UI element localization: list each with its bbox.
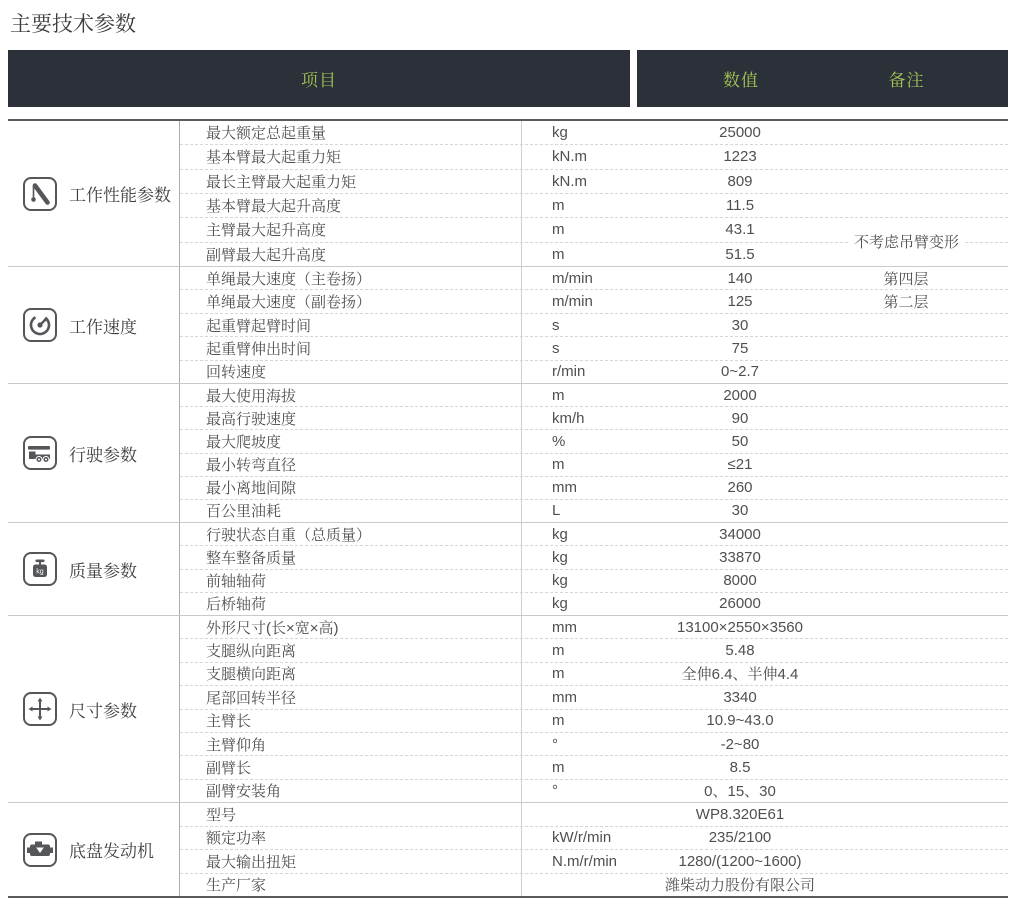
section-2: 行驶参数最大使用海拔m2000最高行驶速度km/h90最大爬坡度%50最小转弯直…	[8, 383, 1008, 522]
unit-cell: m	[522, 221, 636, 238]
table-row: 支腿纵向距离m5.48	[180, 638, 1008, 661]
table-row: 副臂安装角°0、15、30	[180, 779, 1008, 802]
table-row: 最大输出扭矩N.m/r/min1280/(1200~1600)	[180, 849, 1008, 873]
value-cell: 51.5	[636, 246, 844, 263]
table-row: 最小离地间隙mm260	[180, 476, 1008, 499]
unit-cell: kg	[522, 526, 636, 543]
item-cell: 外形尺寸(长×宽×高)	[180, 616, 522, 638]
item-cell: 行驶状态自重（总质量）	[180, 523, 522, 545]
item-cell: 额定功率	[180, 827, 522, 850]
unit-cell: kg	[522, 549, 636, 566]
unit-cell: kN.m	[522, 148, 636, 165]
item-cell: 副臂最大起升高度	[180, 243, 522, 266]
item-cell: 单绳最大速度（副卷扬）	[180, 290, 522, 312]
unit-cell: °	[522, 782, 636, 799]
table-row: 回转速度r/min0~2.7	[180, 360, 1008, 383]
value-cell: 43.1	[636, 221, 844, 238]
table-row: 单绳最大速度（主卷扬）m/min140第四层	[180, 267, 1008, 289]
rows-group: 行驶状态自重（总质量）kg34000整车整备质量kg33870前轴轴荷kg800…	[180, 523, 1008, 615]
unit-cell: km/h	[522, 410, 636, 427]
unit-cell: m	[522, 197, 636, 214]
value-cell: 809	[636, 173, 844, 190]
item-cell: 起重臂伸出时间	[180, 337, 522, 359]
value-cell: 34000	[636, 526, 844, 543]
header-remark-label: 备注	[889, 71, 925, 90]
unit-cell: s	[522, 340, 636, 357]
crane-boom-icon	[22, 176, 58, 212]
section-3: kg质量参数行驶状态自重（总质量）kg34000整车整备质量kg33870前轴轴…	[8, 522, 1008, 615]
value-cell: 260	[636, 479, 844, 496]
unit-cell: °	[522, 736, 636, 753]
value-cell: 25000	[636, 124, 844, 141]
category-cell: 工作速度	[8, 267, 180, 383]
value-cell: 1280/(1200~1600)	[636, 853, 844, 870]
value-cell: 全伸6.4、半伸4.4	[636, 663, 844, 684]
rows-group: 单绳最大速度（主卷扬）m/min140第四层单绳最大速度（副卷扬）m/min12…	[180, 267, 1008, 383]
value-cell: 33870	[636, 549, 844, 566]
value-cell: 0~2.7	[636, 363, 844, 380]
value-cell: 90	[636, 410, 844, 427]
item-cell: 支腿纵向距离	[180, 639, 522, 661]
value-cell: 11.5	[636, 197, 844, 214]
unit-cell: mm	[522, 619, 636, 636]
table-row: 额定功率kW/r/min235/2100	[180, 826, 1008, 850]
value-cell: 13100×2550×3560	[636, 619, 844, 636]
value-cell: 5.48	[636, 642, 844, 659]
table-row: 主臂长m10.9~43.0	[180, 709, 1008, 732]
table-row: 最大使用海拔m2000	[180, 384, 1008, 406]
item-cell: 型号	[180, 803, 522, 826]
category-cell: 行驶参数	[8, 384, 180, 522]
item-cell: 最高行驶速度	[180, 407, 522, 429]
remark-cell: 第四层	[844, 268, 1008, 289]
header-value-label: 数值	[723, 71, 759, 90]
item-cell: 最大输出扭矩	[180, 850, 522, 873]
unit-cell: N.m/r/min	[522, 853, 636, 870]
rows-group: 最大使用海拔m2000最高行驶速度km/h90最大爬坡度%50最小转弯直径m≤2…	[180, 384, 1008, 522]
section-4: 尺寸参数外形尺寸(长×宽×高)mm13100×2550×3560支腿纵向距离m5…	[8, 615, 1008, 802]
table-row: 最小转弯直径m≤21	[180, 453, 1008, 476]
item-cell: 副臂长	[180, 756, 522, 778]
unit-cell: m	[522, 665, 636, 682]
item-cell: 支腿横向距离	[180, 663, 522, 685]
unit-cell: m	[522, 456, 636, 473]
table-row: 百公里油耗L30	[180, 499, 1008, 522]
table-row: 起重臂伸出时间s75	[180, 336, 1008, 359]
value-cell: 8.5	[636, 759, 844, 776]
item-cell: 回转速度	[180, 361, 522, 383]
unit-cell: m	[522, 712, 636, 729]
unit-cell: m/min	[522, 293, 636, 310]
table-row: 后桥轴荷kg26000	[180, 592, 1008, 615]
table-row: 主臂仰角°-2~80	[180, 732, 1008, 755]
table-row: 最长主臂最大起重力矩kN.m809	[180, 169, 1008, 193]
unit-cell: m	[522, 246, 636, 263]
value-cell: 0、15、30	[636, 780, 844, 801]
value-cell: 125	[636, 293, 844, 310]
item-cell: 最长主臂最大起重力矩	[180, 170, 522, 193]
item-cell: 单绳最大速度（主卷扬）	[180, 267, 522, 289]
spanning-remark: 不考虑吊臂变形	[845, 218, 1008, 266]
item-cell: 最大使用海拔	[180, 384, 522, 406]
spanning-remark-text: 不考虑吊臂变形	[849, 230, 964, 253]
value-cell: 2000	[636, 387, 844, 404]
unit-cell: mm	[522, 689, 636, 706]
category-label: 工作性能参数	[69, 181, 171, 206]
table-row: 基本臂最大起升高度m11.5	[180, 193, 1008, 217]
category-cell: 尺寸参数	[8, 616, 180, 802]
table-row: 起重臂起臂时间s30	[180, 313, 1008, 336]
category-label: 工作速度	[69, 313, 137, 338]
item-cell: 主臂最大起升高度	[180, 218, 522, 241]
svg-text:kg: kg	[36, 569, 44, 576]
table-row: 最大额定总起重量kg25000	[180, 121, 1008, 144]
spec-table: 工作性能参数最大额定总起重量kg25000基本臂最大起重力矩kN.m1223最长…	[8, 119, 1008, 898]
unit-cell: kW/r/min	[522, 829, 636, 846]
value-cell: 235/2100	[636, 829, 844, 846]
unit-cell: kg	[522, 124, 636, 141]
item-cell: 前轴轴荷	[180, 570, 522, 592]
item-cell: 最小转弯直径	[180, 454, 522, 476]
page-title: 主要技术参数	[10, 8, 136, 38]
remark-cell: 第二层	[844, 291, 1008, 312]
item-cell: 基本臂最大起升高度	[180, 194, 522, 217]
table-row: 基本臂最大起重力矩kN.m1223	[180, 144, 1008, 168]
item-cell: 最大爬坡度	[180, 430, 522, 452]
section-0: 工作性能参数最大额定总起重量kg25000基本臂最大起重力矩kN.m1223最长…	[8, 119, 1008, 266]
unit-cell: s	[522, 317, 636, 334]
category-cell: 工作性能参数	[8, 121, 180, 266]
category-cell: kg质量参数	[8, 523, 180, 615]
value-cell: ≤21	[636, 456, 844, 473]
value-cell: 30	[636, 502, 844, 519]
weight-icon: kg	[22, 551, 58, 587]
table-row: 最高行驶速度km/h90	[180, 406, 1008, 429]
section-5: 底盘发动机型号WP8.320E61额定功率kW/r/min235/2100最大输…	[8, 802, 1008, 896]
category-label: 底盘发动机	[69, 837, 154, 862]
section-1: 工作速度单绳最大速度（主卷扬）m/min140第四层单绳最大速度（副卷扬）m/m…	[8, 266, 1008, 383]
unit-cell: mm	[522, 479, 636, 496]
item-cell: 百公里油耗	[180, 500, 522, 522]
unit-cell: kg	[522, 595, 636, 612]
unit-cell: L	[522, 502, 636, 519]
item-cell: 副臂安装角	[180, 780, 522, 802]
value-cell: 潍柴动力股份有限公司	[636, 874, 844, 895]
category-label: 质量参数	[69, 557, 137, 582]
table-row: 行驶状态自重（总质量）kg34000	[180, 523, 1008, 545]
value-cell: 30	[636, 317, 844, 334]
value-cell: 8000	[636, 572, 844, 589]
table-row: 整车整备质量kg33870	[180, 545, 1008, 568]
item-cell: 后桥轴荷	[180, 593, 522, 615]
spec-sheet-page: 主要技术参数 项目 数值 备注 工作性能参数最大额定总起重量kg25000基本臂…	[0, 0, 1015, 904]
unit-cell: m	[522, 387, 636, 404]
item-cell: 生产厂家	[180, 874, 522, 897]
item-cell: 主臂仰角	[180, 733, 522, 755]
table-row: 前轴轴荷kg8000	[180, 569, 1008, 592]
unit-cell: kg	[522, 572, 636, 589]
move-arrows-icon	[22, 691, 58, 727]
item-cell: 整车整备质量	[180, 546, 522, 568]
header-item-label: 项目	[301, 66, 337, 91]
table-row: 最大爬坡度%50	[180, 429, 1008, 452]
speedometer-icon	[22, 307, 58, 343]
engine-icon	[22, 832, 58, 868]
unit-cell: m	[522, 642, 636, 659]
category-cell: 底盘发动机	[8, 803, 180, 896]
value-cell: 26000	[636, 595, 844, 612]
value-cell: WP8.320E61	[636, 806, 844, 823]
value-cell: 10.9~43.0	[636, 712, 844, 729]
unit-cell: m/min	[522, 270, 636, 287]
truck-icon	[22, 435, 58, 471]
value-cell: 140	[636, 270, 844, 287]
table-row: 尾部回转半径mm3340	[180, 685, 1008, 708]
value-cell: 75	[636, 340, 844, 357]
table-row: 生产厂家潍柴动力股份有限公司	[180, 873, 1008, 897]
category-label: 尺寸参数	[69, 697, 137, 722]
value-cell: 1223	[636, 148, 844, 165]
value-cell: 3340	[636, 689, 844, 706]
unit-cell: %	[522, 433, 636, 450]
table-header-value-block: 数值 备注	[637, 50, 1008, 107]
item-cell: 最小离地间隙	[180, 477, 522, 499]
unit-cell: m	[522, 759, 636, 776]
table-row: 外形尺寸(长×宽×高)mm13100×2550×3560	[180, 616, 1008, 638]
item-cell: 基本臂最大起重力矩	[180, 145, 522, 168]
value-cell: -2~80	[636, 736, 844, 753]
item-cell: 最大额定总起重量	[180, 121, 522, 144]
category-label: 行驶参数	[69, 441, 137, 466]
table-row: 支腿横向距离m全伸6.4、半伸4.4	[180, 662, 1008, 685]
table-row: 单绳最大速度（副卷扬）m/min125第二层	[180, 289, 1008, 312]
item-cell: 起重臂起臂时间	[180, 314, 522, 336]
rows-group: 型号WP8.320E61额定功率kW/r/min235/2100最大输出扭矩N.…	[180, 803, 1008, 896]
item-cell: 主臂长	[180, 710, 522, 732]
rows-group: 外形尺寸(长×宽×高)mm13100×2550×3560支腿纵向距离m5.48支…	[180, 616, 1008, 802]
value-cell: 50	[636, 433, 844, 450]
table-row: 型号WP8.320E61	[180, 803, 1008, 826]
table-header-item-block: 项目	[8, 50, 630, 107]
unit-cell: kN.m	[522, 173, 636, 190]
unit-cell: r/min	[522, 363, 636, 380]
table-row: 副臂长m8.5	[180, 755, 1008, 778]
item-cell: 尾部回转半径	[180, 686, 522, 708]
